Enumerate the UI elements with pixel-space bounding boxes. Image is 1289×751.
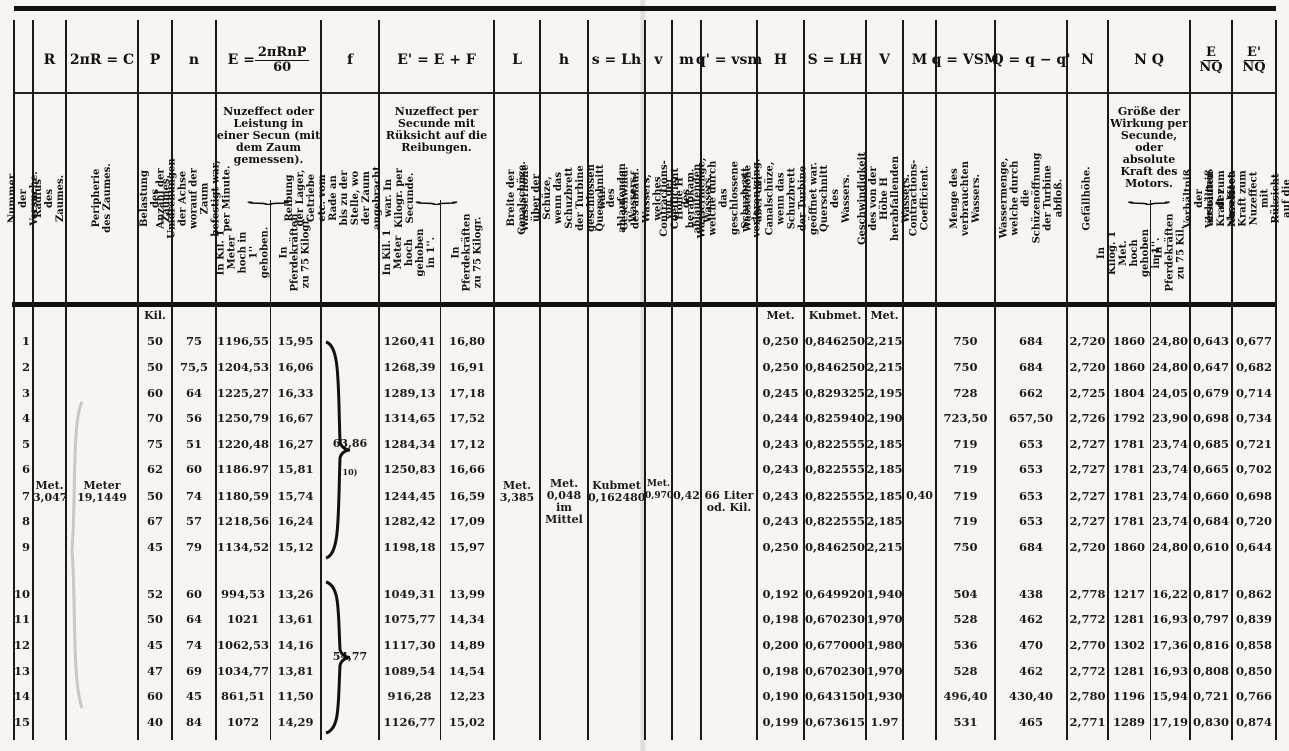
formula-fraction: ENQ [1199, 46, 1222, 75]
cell-n: 74 [172, 489, 216, 503]
cell-N: 2,771 [1067, 715, 1108, 729]
cell-E_pf: 15,81 [270, 462, 321, 476]
cell-r2: 0,766 [1232, 689, 1276, 703]
cell-r2: 0,858 [1232, 638, 1276, 652]
cell-H: 0,243 [757, 462, 804, 476]
header-subcolumn-label: In Pferdekräften zu 75 Kil. [1154, 213, 1187, 291]
cell-E_pf: 15,74 [270, 489, 321, 503]
cell-q: 719 [936, 437, 995, 451]
cell-E1_kil: 1089,54 [379, 664, 440, 678]
cell-E_pf: 13,81 [270, 664, 321, 678]
cell-nr: 6 [14, 462, 30, 476]
cell-E_pf: 16,33 [270, 386, 321, 400]
cell-E_kil: 1196,55 [216, 334, 270, 348]
cell-n: 74 [172, 638, 216, 652]
cell-NQ_kil: 1781 [1108, 437, 1150, 451]
cell-n: 57 [172, 514, 216, 528]
cell-S: 0,670230 [804, 664, 866, 678]
cell-NQ_kil: 1860 [1108, 540, 1150, 554]
header-description-label: Querschnitt des Wassers. [819, 165, 852, 232]
cell-N: 2,727 [1067, 514, 1108, 528]
cell-H: 0,243 [757, 437, 804, 451]
cell-S: 0,643150 [804, 689, 866, 703]
cell-Q: 684 [995, 360, 1067, 374]
cell-E1_kil: 1284,34 [379, 437, 440, 451]
cell-q: 750 [936, 540, 995, 554]
cell-P: 70 [138, 411, 172, 425]
header-symbol-E1: E' = E + F [379, 40, 494, 80]
cell-S: 0,846250 [804, 540, 866, 554]
cell-V: 1,940 [866, 587, 903, 601]
cell-S: 0,825940 [804, 411, 866, 425]
cell-Q: 438 [995, 587, 1067, 601]
cell-r1: 0,610 [1190, 540, 1232, 554]
header-symbol-L: L [494, 40, 540, 80]
header-description-label: Contractions-Coefficient. [909, 160, 931, 237]
faint-brace-icon [68, 400, 88, 710]
header-symbol-R: R [33, 40, 66, 80]
cell-N: 2,725 [1067, 386, 1108, 400]
cell-NQ_pf: 23,74 [1150, 489, 1190, 503]
table-row [0, 689, 1, 690]
cell-P: 50 [138, 489, 172, 503]
cell-P: 60 [138, 386, 172, 400]
table-row [0, 638, 1, 639]
cell-nr: 1 [14, 334, 30, 348]
cell-P: 50 [138, 334, 172, 348]
cell-r2: 0,702 [1232, 462, 1276, 476]
cell-Q: 653 [995, 489, 1067, 503]
cell-Q: 653 [995, 462, 1067, 476]
cell-r1: 0,685 [1190, 437, 1232, 451]
cell-N: 2,780 [1067, 689, 1108, 703]
header-symbol-Q: Q = q − q' [995, 40, 1067, 80]
cell-n: 60 [172, 587, 216, 601]
cell-nr: 5 [14, 437, 30, 451]
cell-P: 75 [138, 437, 172, 451]
table-row [0, 462, 1, 463]
cell-P: 52 [138, 587, 172, 601]
cell-H: 0,200 [757, 638, 804, 652]
cell-r2: 0,714 [1232, 386, 1276, 400]
cell-n: 69 [172, 664, 216, 678]
shared-cell-R: Met. 3,047 [33, 480, 66, 504]
cell-E1_kil: 1250,83 [379, 462, 440, 476]
cell-E1_kil: 1198,18 [379, 540, 440, 554]
cell-NQ_pf: 24,05 [1150, 386, 1190, 400]
cell-S: 0,846250 [804, 360, 866, 374]
cell-S: 0,822555 [804, 514, 866, 528]
cell-Q: 462 [995, 664, 1067, 678]
cell-n: 64 [172, 386, 216, 400]
cell-E_pf: 16,06 [270, 360, 321, 374]
cell-n: 60 [172, 462, 216, 476]
header-description-E: Nuzeffect oder Leistung in einer Secun (… [216, 106, 321, 166]
table-row [0, 437, 1, 438]
cell-E_kil: 1250,79 [216, 411, 270, 425]
cell-r1: 0,721 [1190, 689, 1232, 703]
cell-E_pf: 13,26 [270, 587, 321, 601]
table-row [0, 489, 1, 490]
cell-V: 1,970 [866, 612, 903, 626]
cell-E1_kil: 1260,41 [379, 334, 440, 348]
cell-E_pf: 16,27 [270, 437, 321, 451]
cell-nr: 10 [14, 587, 30, 601]
cell-S: 0,846250 [804, 334, 866, 348]
cell-E_kil: 1134,52 [216, 540, 270, 554]
cell-V: 2,185 [866, 514, 903, 528]
cell-nr: 2 [14, 360, 30, 374]
cell-V: 2,215 [866, 334, 903, 348]
cell-P: 40 [138, 715, 172, 729]
shared-cell-v: Met. 0,970 [645, 478, 672, 502]
cell-E1_pf: 15,97 [440, 540, 494, 554]
right-brace-icon [322, 580, 352, 735]
cell-N: 2,778 [1067, 587, 1108, 601]
cell-P: 45 [138, 540, 172, 554]
header-symbol-f: f [321, 40, 379, 80]
cell-V: 1,980 [866, 638, 903, 652]
cell-q: 719 [936, 489, 995, 503]
cell-q: 528 [936, 664, 995, 678]
header-symbol-v: v [645, 40, 672, 80]
header-subcolumn-label: In Kil. 1 Meter hoch gehoben in 1''. [382, 222, 437, 283]
cell-N: 2,720 [1067, 360, 1108, 374]
cell-NQ_kil: 1281 [1108, 612, 1150, 626]
cell-NQ_kil: 1781 [1108, 514, 1150, 528]
cell-Q: 657,50 [995, 411, 1067, 425]
cell-r2: 0,721 [1232, 437, 1276, 451]
cell-nr: 12 [14, 638, 30, 652]
cell-E_kil: 1034,77 [216, 664, 270, 678]
cell-E1_kil: 1282,42 [379, 514, 440, 528]
cell-E1_pf: 17,52 [440, 411, 494, 425]
cell-r2: 0,698 [1232, 489, 1276, 503]
cell-NQ_pf: 23,74 [1150, 514, 1190, 528]
cell-r2: 0,682 [1232, 360, 1276, 374]
header-description-NQ: Größe der Wirkung per Secunde, oder abso… [1108, 106, 1190, 190]
header-description-h: Wasserhöhe über der Schüze, wenn das Sch… [540, 98, 588, 298]
cell-Q: 465 [995, 715, 1067, 729]
cell-S: 0,673615 [804, 715, 866, 729]
cell-Q: 653 [995, 514, 1067, 528]
cell-q: 719 [936, 514, 995, 528]
cell-E_kil: 1180,59 [216, 489, 270, 503]
cell-E_kil: 1218,56 [216, 514, 270, 528]
cell-r1: 0,797 [1190, 612, 1232, 626]
formula-fraction: E'NQ [1242, 46, 1265, 75]
cell-V: 2,185 [866, 489, 903, 503]
unit-label-S: Kubmet. [804, 310, 866, 322]
cell-NQ_pf: 24,80 [1150, 360, 1190, 374]
cell-H: 0,244 [757, 411, 804, 425]
cell-N: 2,772 [1067, 664, 1108, 678]
cell-S: 0,670230 [804, 612, 866, 626]
cell-nr: 13 [14, 664, 30, 678]
cell-r1: 0,698 [1190, 411, 1232, 425]
cell-n: 75 [172, 334, 216, 348]
cell-N: 2,772 [1067, 612, 1108, 626]
cell-NQ_kil: 1781 [1108, 489, 1150, 503]
cell-E1_pf: 16,66 [440, 462, 494, 476]
cell-NQ_pf: 23,74 [1150, 437, 1190, 451]
table-row [0, 334, 1, 335]
cell-n: 56 [172, 411, 216, 425]
header-symbol-V: V [866, 40, 903, 80]
cell-E_pf: 16,24 [270, 514, 321, 528]
header-symbol-H: H [757, 40, 804, 80]
cell-E_kil: 861,51 [216, 689, 270, 703]
cell-r2: 0,677 [1232, 334, 1276, 348]
cell-E_kil: 1204,53 [216, 360, 270, 374]
table-row [0, 664, 1, 665]
cell-S: 0,822555 [804, 489, 866, 503]
header-description-E1: Nuzeffect per Secunde mit Rüksicht auf d… [379, 106, 494, 154]
cell-nr: 4 [14, 411, 30, 425]
cell-NQ_kil: 1196 [1108, 689, 1150, 703]
table-row [0, 612, 1, 613]
shared-cell-m: 0,42 [672, 490, 701, 502]
header-symbol-S: S = LH [804, 40, 866, 80]
cell-V: 2,190 [866, 411, 903, 425]
cell-V: 2,215 [866, 540, 903, 554]
cell-r1: 0,684 [1190, 514, 1232, 528]
cell-r2: 0,720 [1232, 514, 1276, 528]
cell-nr: 3 [14, 386, 30, 400]
cell-NQ_pf: 23,90 [1150, 411, 1190, 425]
cell-NQ_kil: 1289 [1108, 715, 1150, 729]
cell-NQ_pf: 24,80 [1150, 540, 1190, 554]
cell-nr: 15 [14, 715, 30, 729]
cell-nr: 9 [14, 540, 30, 554]
cell-r1: 0,816 [1190, 638, 1232, 652]
header-symbol-q: q = VSM [936, 40, 995, 80]
cell-E1_pf: 14,34 [440, 612, 494, 626]
header-symbol-C: 2πR = C [66, 40, 138, 80]
cell-E_kil: 1220,48 [216, 437, 270, 451]
cell-H: 0,199 [757, 715, 804, 729]
cell-q: 536 [936, 638, 995, 652]
cell-nr: 11 [14, 612, 30, 626]
cell-Q: 662 [995, 386, 1067, 400]
cell-NQ_pf: 23,74 [1150, 462, 1190, 476]
cell-E1_kil: 916,28 [379, 689, 440, 703]
cell-r1: 0,647 [1190, 360, 1232, 374]
cell-Q: 653 [995, 437, 1067, 451]
cell-E1_kil: 1268,39 [379, 360, 440, 374]
cell-V: 2,185 [866, 462, 903, 476]
header-description-r2: Verhältniß der absoluten Kraft zum Nuzef… [1232, 98, 1276, 298]
header-description-M: Contractions-Coefficient. [903, 98, 936, 298]
cell-q: 728 [936, 386, 995, 400]
cell-E1_kil: 1314,65 [379, 411, 440, 425]
shared-cell-M: 0,40 [903, 490, 936, 502]
cell-E1_kil: 1117,30 [379, 638, 440, 652]
top-rule [14, 6, 1276, 11]
header-symbol-E: E = 2πRnP60 [216, 40, 321, 80]
cell-q: 750 [936, 334, 995, 348]
denominator: 60 [273, 61, 291, 75]
table-row [0, 540, 1, 541]
cell-E_kil: 1186.97 [216, 462, 270, 476]
cell-E_pf: 14,16 [270, 638, 321, 652]
denominator: NQ [1242, 61, 1265, 75]
formula-fraction: 2πRnP60 [255, 46, 310, 75]
cell-V: 2,185 [866, 437, 903, 451]
cell-S: 0,829325 [804, 386, 866, 400]
cell-E1_pf: 16,80 [440, 334, 494, 348]
right-brace-icon [322, 340, 352, 560]
unit-label-V: Met. [866, 310, 903, 322]
header-subcolumn-label: In Pferdekräften zu 75 Kilogr. [451, 213, 484, 291]
cell-NQ_kil: 1217 [1108, 587, 1150, 601]
cell-N: 2,727 [1067, 437, 1108, 451]
denominator: NQ [1199, 61, 1222, 75]
header-symbol-N: N [1067, 40, 1108, 80]
header-description-H: Wasserhöhe über der Canalschüze, wenn da… [757, 98, 804, 298]
cell-V: 1,930 [866, 689, 903, 703]
cell-H: 0,245 [757, 386, 804, 400]
header-symbol-s: s = Lh [588, 40, 645, 80]
cell-q: 504 [936, 587, 995, 601]
cell-NQ_pf: 17,19 [1150, 715, 1190, 729]
cell-P: 67 [138, 514, 172, 528]
cell-E1_pf: 14,54 [440, 664, 494, 678]
cell-E1_pf: 17,18 [440, 386, 494, 400]
cell-E_pf: 15,12 [270, 540, 321, 554]
cell-V: 1,970 [866, 664, 903, 678]
cell-NQ_kil: 1792 [1108, 411, 1150, 425]
cell-NQ_kil: 1804 [1108, 386, 1150, 400]
cell-E1_kil: 1126,77 [379, 715, 440, 729]
cell-S: 0,649920 [804, 587, 866, 601]
cell-NQ_kil: 1281 [1108, 664, 1150, 678]
shared-cell-L: Met. 3,385 [494, 480, 540, 504]
shared-cell-q1: 66 Liter od. Kil. [701, 490, 757, 514]
cell-r1: 0,808 [1190, 664, 1232, 678]
cell-NQ_pf: 17,36 [1150, 638, 1190, 652]
cell-H: 0,250 [757, 360, 804, 374]
cell-P: 47 [138, 664, 172, 678]
cell-E_pf: 16,67 [270, 411, 321, 425]
cell-E1_pf: 17,09 [440, 514, 494, 528]
cell-E_kil: 1072 [216, 715, 270, 729]
cell-nr: 14 [14, 689, 30, 703]
cell-Q: 430,40 [995, 689, 1067, 703]
cell-S: 0,822555 [804, 462, 866, 476]
cell-E1_kil: 1075,77 [379, 612, 440, 626]
header-subcolumn-label: In Kil. 1 Meter hoch in 1'' gehoben. [216, 226, 271, 280]
header-description-V: Geschwindigkeit des von der Höhe H herab… [866, 98, 903, 298]
cell-Q: 684 [995, 540, 1067, 554]
cell-N: 2,726 [1067, 411, 1108, 425]
cell-E1_pf: 14,89 [440, 638, 494, 652]
cell-H: 0,198 [757, 612, 804, 626]
header-description-nr: Nummer der Versuche. [14, 98, 33, 298]
cell-NQ_pf: 16,22 [1150, 587, 1190, 601]
cell-E1_pf: 15,02 [440, 715, 494, 729]
cell-r1: 0,665 [1190, 462, 1232, 476]
cell-N: 2,720 [1067, 540, 1108, 554]
cell-N: 2,720 [1067, 334, 1108, 348]
cell-H: 0,192 [757, 587, 804, 601]
cell-n: 75,5 [172, 360, 216, 374]
cell-nr: 8 [14, 514, 30, 528]
table-row [0, 514, 1, 515]
cell-P: 50 [138, 360, 172, 374]
header-symbol-r1: ENQ [1190, 40, 1232, 80]
header-subcolumn-E-0: In Kil. 1 Meter hoch in 1'' gehoben. [216, 205, 270, 300]
cell-E1_pf: 13,99 [440, 587, 494, 601]
cell-V: 1.97 [866, 715, 903, 729]
cell-NQ_pf: 24,80 [1150, 334, 1190, 348]
header-subcolumn-E1-1: In Pferdekräften zu 75 Kilogr. [440, 205, 494, 300]
cell-E1_kil: 1049,31 [379, 587, 440, 601]
header-subcolumn-NQ-0: In Kilog. 1 Met. hoch gehoben in 1''. [1108, 205, 1150, 300]
cell-P: 50 [138, 612, 172, 626]
cell-r1: 0,830 [1190, 715, 1232, 729]
header-subcolumn-E1-0: In Kil. 1 Meter hoch gehoben in 1''. [379, 205, 440, 300]
unit-label-P: Kil. [138, 310, 172, 322]
cell-Q: 684 [995, 334, 1067, 348]
cell-P: 60 [138, 689, 172, 703]
cell-n: 64 [172, 612, 216, 626]
cell-E_kil: 994,53 [216, 587, 270, 601]
cell-N: 2,727 [1067, 462, 1108, 476]
unit-label-H: Met. [757, 310, 804, 322]
cell-r2: 0,839 [1232, 612, 1276, 626]
cell-H: 0,250 [757, 334, 804, 348]
cell-r2: 0,862 [1232, 587, 1276, 601]
cell-E1_pf: 16,91 [440, 360, 494, 374]
cell-r2: 0,734 [1232, 411, 1276, 425]
cell-E_pf: 15,95 [270, 334, 321, 348]
cell-NQ_kil: 1781 [1108, 462, 1150, 476]
header-symbol-NQ: N Q [1108, 40, 1190, 80]
cell-N: 2,770 [1067, 638, 1108, 652]
cell-E1_pf: 16,59 [440, 489, 494, 503]
cell-E_pf: 14,29 [270, 715, 321, 729]
cell-NQ_kil: 1860 [1108, 360, 1150, 374]
cell-P: 45 [138, 638, 172, 652]
table-row [0, 587, 1, 588]
header-description-label: Menge des verbrauchten Wassers. [949, 160, 982, 235]
cell-q: 528 [936, 612, 995, 626]
cell-q: 496,40 [936, 689, 995, 703]
cell-P: 62 [138, 462, 172, 476]
cell-n: 51 [172, 437, 216, 451]
cell-H: 0,198 [757, 664, 804, 678]
cell-NQ_kil: 1860 [1108, 334, 1150, 348]
cell-NQ_pf: 15,94 [1150, 689, 1190, 703]
header-symbol-r2: E'NQ [1232, 40, 1276, 80]
cell-q: 723,50 [936, 411, 995, 425]
cell-E_pf: 13,61 [270, 612, 321, 626]
cell-H: 0,250 [757, 540, 804, 554]
cell-r2: 0,644 [1232, 540, 1276, 554]
cell-r1: 0,817 [1190, 587, 1232, 601]
table-row [0, 386, 1, 387]
cell-N: 2,727 [1067, 489, 1108, 503]
table-row [0, 715, 1, 716]
cell-S: 0,677000 [804, 638, 866, 652]
table-row [0, 360, 1, 361]
cell-NQ_pf: 16,93 [1150, 612, 1190, 626]
header-symbol-h: h [540, 40, 588, 80]
cell-V: 2,215 [866, 360, 903, 374]
table-row [0, 411, 1, 412]
cell-r2: 0,874 [1232, 715, 1276, 729]
